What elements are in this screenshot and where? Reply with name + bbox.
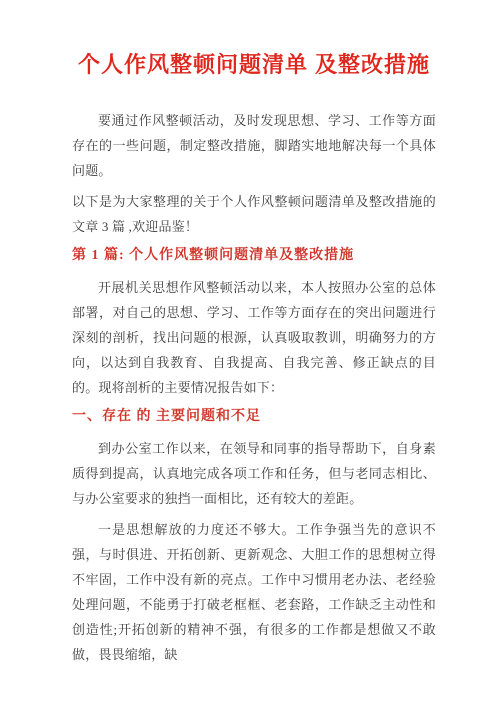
document-paragraph: 以下是为大家整理的关于个人作风整顿问题清单及整改措施的文章 3 篇 ,欢迎品鉴！ [72, 189, 436, 239]
document-title: 个人作风整顿问题清单 及整改措施 [72, 48, 436, 82]
document-paragraph: 一是思想解放的力度还不够大。工作争强当先的意识不强，与时俱进、开拓创新、更新观念… [72, 517, 436, 667]
document-page: 个人作风整顿问题清单 及整改措施 要通过作风整顿活动，及时发现思想、学习、工作等… [0, 0, 500, 707]
document-page-background: { "document": { "colors": { "background"… [0, 0, 500, 707]
document-paragraph: 开展机关思想作风整顿活动以来，本人按照办公室的总体部署，对自己的思想、学习、工作… [72, 275, 436, 400]
document-body: 要通过作风整顿活动，及时发现思想、学习、工作等方面存在的一些问题，制定整改措施，… [72, 108, 436, 667]
section-heading: 一、存在 的 主要问题和不足 [72, 406, 436, 428]
document-paragraph: 到办公室工作以来，在领导和同事的指导帮助下，自身素质得到提高，认真地完成各项工作… [72, 436, 436, 511]
document-paragraph: 要通过作风整顿活动，及时发现思想、学习、工作等方面存在的一些问题，制定整改措施，… [72, 108, 436, 183]
section-heading: 第 1 篇: 个人作风整顿问题清单及整改措施 [72, 245, 436, 267]
